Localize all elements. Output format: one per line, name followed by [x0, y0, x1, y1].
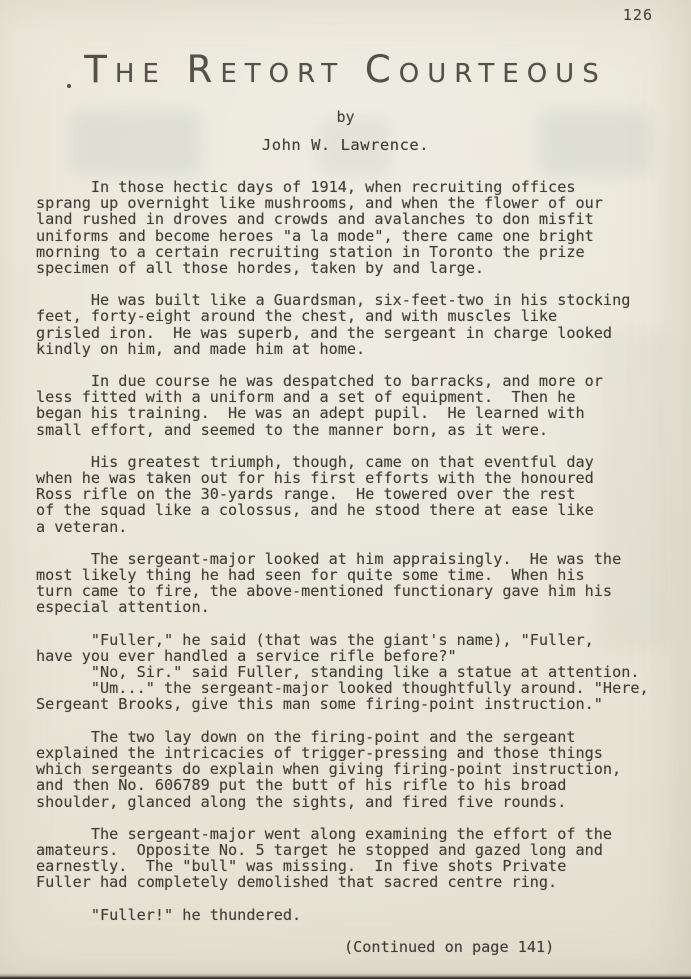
scanned-page-bottom-edge — [0, 973, 691, 979]
story-paragraph: He was built like a Guardsman, six-feet-… — [36, 292, 666, 357]
story-paragraph: His greatest triumph, though, came on th… — [36, 454, 666, 535]
document-page: 126 The Retort Courteous by John W. Lawr… — [0, 0, 691, 979]
story-paragraph: In those hectic days of 1914, when recru… — [36, 179, 666, 276]
page-title: The Retort Courteous — [84, 48, 606, 91]
byline-author: John W. Lawrence. — [0, 136, 691, 154]
story-paragraph: The sergeant-major went along examining … — [36, 826, 666, 891]
title-row: The Retort Courteous — [0, 48, 691, 91]
story-paragraph: In due course he was despatched to barra… — [36, 373, 666, 438]
story-paragraph: The two lay down on the firing-point and… — [36, 729, 666, 810]
page-number: 126 — [623, 6, 653, 24]
story-paragraph: The sergeant-major looked at him apprais… — [36, 551, 666, 616]
story-paragraph: "Fuller!" he thundered. — [36, 907, 666, 923]
story-body: In those hectic days of 1914, when recru… — [36, 179, 666, 955]
byline-prefix: by — [0, 108, 691, 126]
continued-note: (Continued on page 141) — [344, 939, 666, 955]
story-paragraph: "Fuller," he said (that was the giant's … — [36, 632, 666, 713]
